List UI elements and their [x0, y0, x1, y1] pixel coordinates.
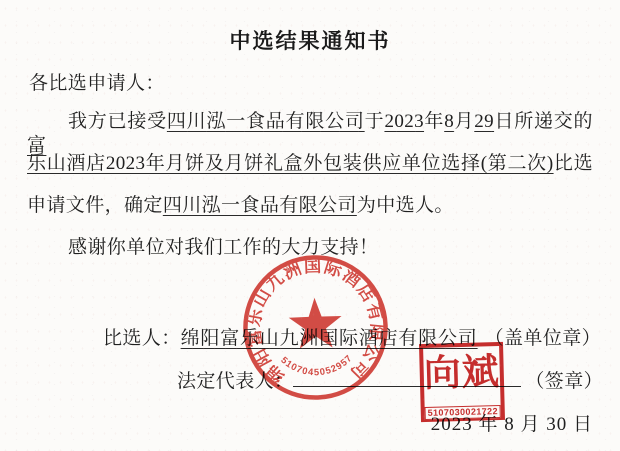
- underlined-year: 2023: [384, 111, 424, 132]
- underlined-day: 29: [474, 111, 494, 132]
- underlined-month: 8: [444, 111, 454, 132]
- underlined-winner-name: 四川泓一食品有限公司: [163, 195, 357, 216]
- bidder-label: 比选人：: [103, 328, 181, 349]
- underlined-project-name: 乐山酒店2023年月饼及月饼礼盒外包装供应单位选择(第二次): [27, 153, 554, 174]
- legal-rep-suffix: （签章）: [525, 371, 603, 392]
- document-title: 中选结果通知书: [0, 25, 620, 55]
- legal-rep-name-stamp: 向斌 5107030021722: [419, 342, 505, 422]
- salutation-line: 各比选申请人：: [29, 72, 165, 96]
- text-segment: 比选: [554, 153, 593, 174]
- text-segment: 月: [454, 111, 474, 132]
- seal-number-arc-text: 5107045052957: [279, 352, 355, 379]
- text-segment: 日所递交的: [494, 111, 593, 132]
- seal-star-icon: [288, 297, 343, 349]
- text-segment: 于: [365, 111, 385, 132]
- company-seal: 绵阳富乐山九洲国际酒店有限公司 5107045052957: [237, 249, 393, 405]
- text-segment: 年: [424, 111, 444, 132]
- body-line-3: 申请文件，确定四川泓一食品有限公司为中选人。: [27, 194, 454, 218]
- body-line-1: 我方已接受四川泓一食品有限公司于2023年8月29日所递交的富: [27, 110, 593, 158]
- body-line-2: 乐山酒店2023年月饼及月饼礼盒外包装供应单位选择(第二次)比选: [27, 152, 593, 176]
- stamp-number-text: 5107030021722: [425, 405, 502, 420]
- text-segment: 申请文件，确定: [27, 195, 163, 216]
- text-segment: 我方已接受: [68, 111, 167, 132]
- text-segment: 为中选人。: [357, 195, 454, 216]
- stamp-name-text: 向斌: [423, 347, 500, 401]
- underlined-company-name: 四川泓一食品有限公司: [167, 111, 365, 132]
- scanned-document-page: 中选结果通知书 各比选申请人： 我方已接受四川泓一食品有限公司于2023年8月2…: [0, 0, 620, 451]
